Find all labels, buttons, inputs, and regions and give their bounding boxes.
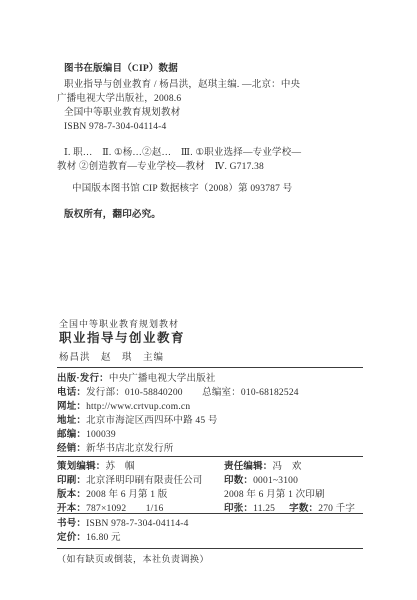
price-value: 16.80 元 xyxy=(86,533,121,543)
cip-series: 全国中等职业教育规划教材 xyxy=(64,107,180,119)
distributor-value: 新华书店北京发行所 xyxy=(86,444,173,454)
cip-isbn: ISBN 978-7-304-04114-4 xyxy=(64,121,166,133)
address-label: 地址： xyxy=(57,416,86,426)
edition-row: 版本：2008 年 6 月第 1 版 xyxy=(57,489,168,501)
replacement-footnote: （如有缺页或倒装，本社负责调换） xyxy=(57,553,209,565)
divider-1 xyxy=(57,367,363,368)
price-row: 定价：16.80 元 xyxy=(57,532,121,544)
managing-editor-row: 责任编辑：冯 欢 xyxy=(224,461,302,473)
website-row: 网址：http://www.crtvup.com.cn xyxy=(57,401,190,413)
website-label: 网址： xyxy=(57,402,86,412)
cip-entry-line1: 职业指导与创业教育 / 杨昌洪，赵琪主编. —北京：中央 xyxy=(64,79,300,91)
postcode-label: 邮编： xyxy=(57,430,86,440)
postcode-value: 100039 xyxy=(86,430,116,440)
price-label: 定价： xyxy=(57,533,86,543)
edition-label: 版本： xyxy=(57,490,86,500)
distributor-row: 经销：新华书店北京发行所 xyxy=(57,443,173,455)
book-number-label: 书号： xyxy=(57,519,86,529)
address-value: 北京市海淀区西四环中路 45 号 xyxy=(86,416,217,426)
divider-4 xyxy=(57,548,363,549)
planning-editor-row: 策划编辑：苏 帼 xyxy=(57,461,135,473)
print-run-row: 印数：0001~3100 xyxy=(224,475,298,487)
phone-row: 电话：发行部：010-58840200 总编室：010-68182524 xyxy=(57,387,299,399)
managing-editor-value: 冯 欢 xyxy=(273,462,302,472)
cip-record-number: 中国版本图书馆 CIP 数据核字（2008）第 093787 号 xyxy=(72,183,292,195)
publisher-row: 出版·发行：中央广播电视大学出版社 xyxy=(57,373,216,385)
postcode-row: 邮编：100039 xyxy=(57,429,116,441)
book-number-value: ISBN 978-7-304-04114-4 xyxy=(86,519,188,529)
cip-classification-line1: Ⅰ. 职… Ⅱ. ①杨…②赵… Ⅲ. ①职业选择—专业学校— xyxy=(64,147,301,159)
printing-value: 2008 年 6 月第 1 次印刷 xyxy=(224,490,325,500)
printer-label: 印刷： xyxy=(57,476,86,486)
cip-entry-line2: 广播电视大学出版社，2008.6 xyxy=(57,93,181,105)
print-run-value: 0001~3100 xyxy=(253,476,298,486)
cip-classification-line2: 教材 ②创造教育—专业学校—教材 Ⅳ. G717.38 xyxy=(57,161,264,173)
phone-value: 发行部：010-58840200 总编室：010-68182524 xyxy=(86,388,299,398)
address-row: 地址：北京市海淀区西四环中路 45 号 xyxy=(57,415,218,427)
book-copyright-page: 图书在版编目（CIP）数据 职业指导与创业教育 / 杨昌洪，赵琪主编. —北京：… xyxy=(0,0,417,600)
planning-editor-value: 苏 帼 xyxy=(106,462,135,472)
divider-2 xyxy=(57,456,363,457)
cip-header: 图书在版编目（CIP）数据 xyxy=(64,63,178,75)
book-number-row: 书号：ISBN 978-7-304-04114-4 xyxy=(57,518,189,530)
printer-value: 北京泽明印刷有限责任公司 xyxy=(86,476,202,486)
copyright-notice: 版权所有，翻印必究。 xyxy=(64,209,161,221)
phone-label: 电话： xyxy=(57,388,86,398)
edition-value: 2008 年 6 月第 1 版 xyxy=(86,490,167,500)
planning-editor-label: 策划编辑： xyxy=(57,462,106,472)
publisher-value: 中央广播电视大学出版社 xyxy=(109,374,216,384)
book-title: 职业指导与创业教育 xyxy=(59,332,185,344)
series-label: 全国中等职业教育规划教材 xyxy=(59,318,179,330)
managing-editor-label: 责任编辑： xyxy=(224,462,273,472)
distributor-label: 经销： xyxy=(57,444,86,454)
publisher-label: 出版·发行： xyxy=(57,374,109,384)
printer-row: 印刷：北京泽明印刷有限责任公司 xyxy=(57,475,203,487)
print-run-label: 印数： xyxy=(224,476,253,486)
printing-row: 2008 年 6 月第 1 次印刷 xyxy=(224,489,325,501)
website-value: http://www.crtvup.com.cn xyxy=(86,402,190,412)
authors-line: 杨昌洪 赵 琪 主编 xyxy=(59,352,164,364)
divider-3 xyxy=(57,513,363,514)
